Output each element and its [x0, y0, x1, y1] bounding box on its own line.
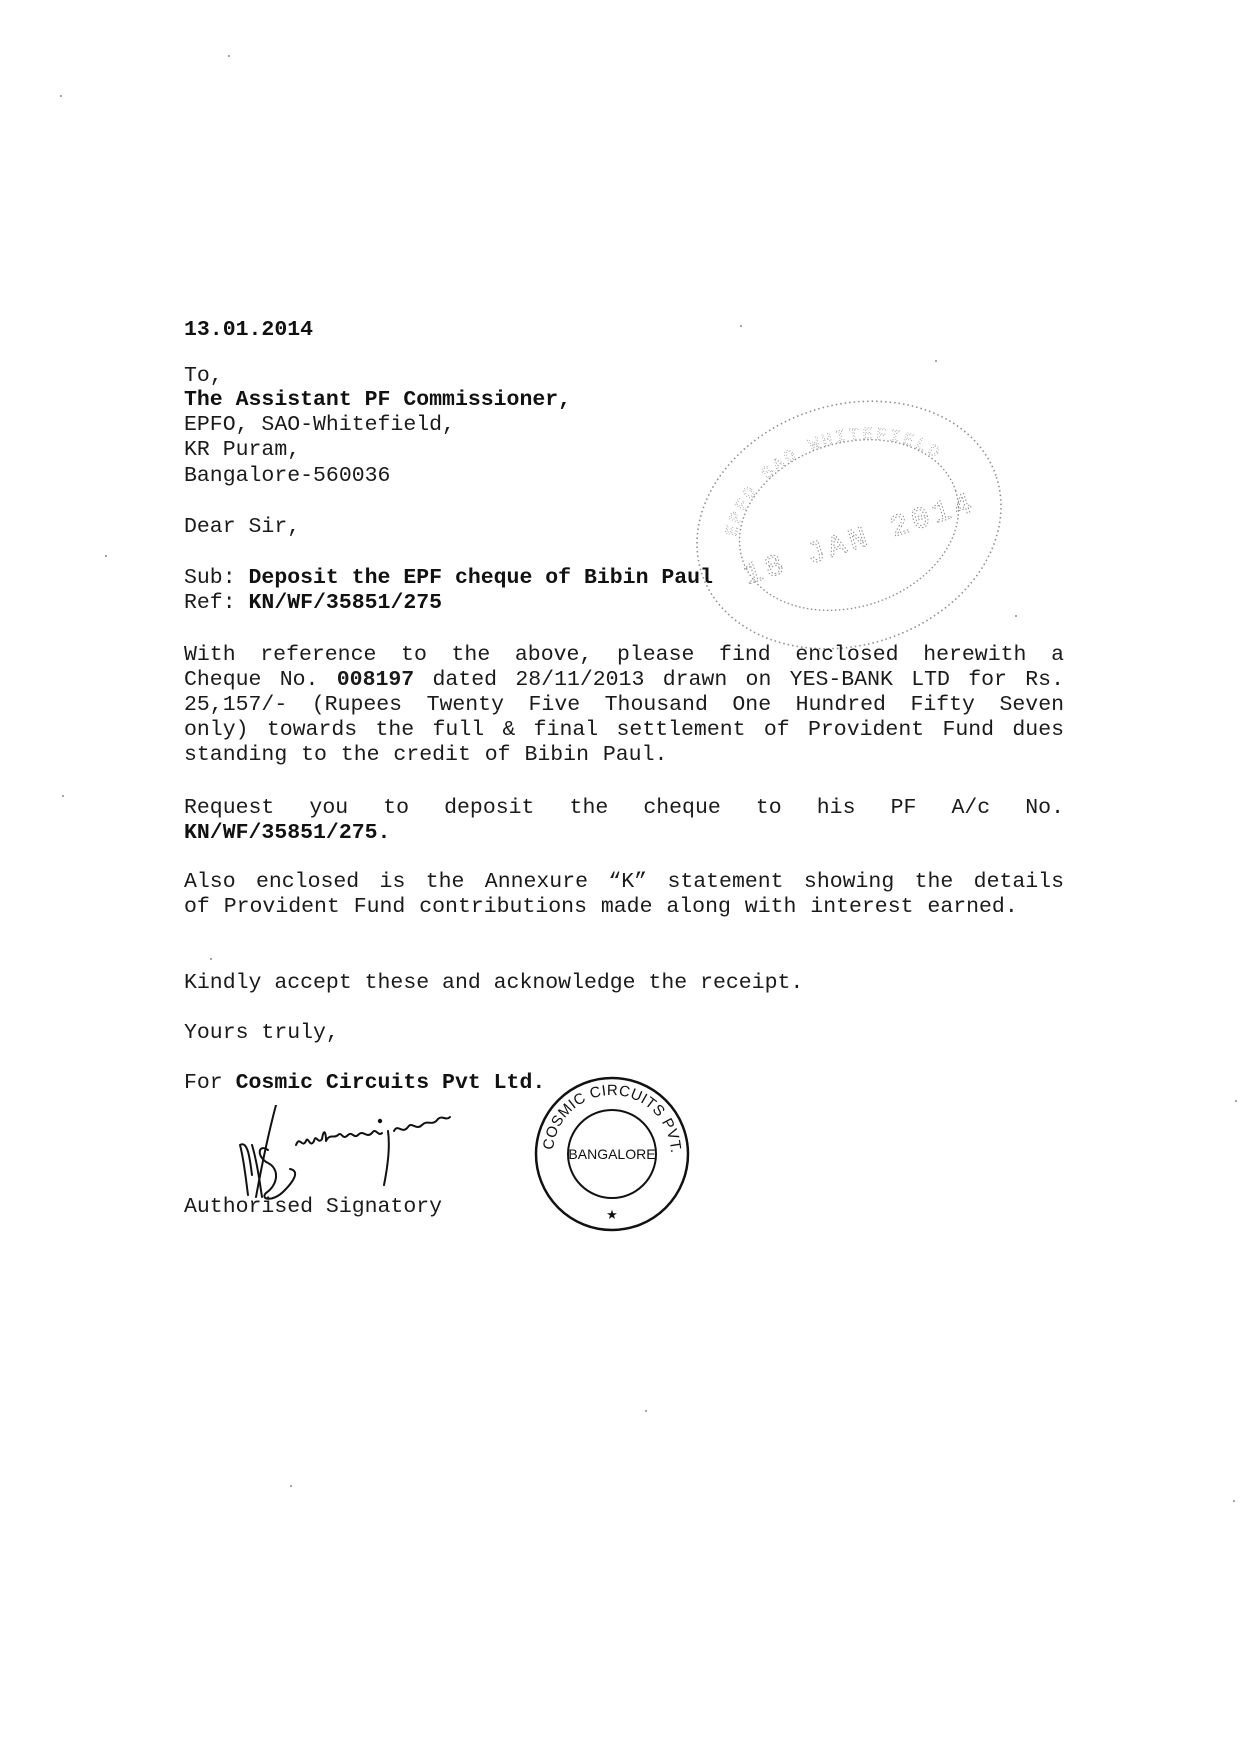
paragraph2-line1: Request you to deposit the cheque to his… — [184, 796, 1064, 821]
salutation: Dear Sir, — [184, 515, 300, 540]
scan-speck — [105, 555, 107, 557]
signature — [238, 1105, 453, 1205]
subject-label: Sub: — [184, 566, 236, 590]
paragraph3-line2: of Provident Fund contributions made alo… — [184, 895, 1064, 920]
scan-speck — [62, 795, 64, 797]
reference-value: KN/WF/35851/275 — [249, 591, 443, 615]
paragraph1-line2: Cheque No. 008197 dated 28/11/2013 drawn… — [184, 668, 1064, 693]
scan-speck — [228, 55, 230, 57]
signatory-label: Authorised Signatory — [184, 1195, 442, 1220]
scan-speck — [645, 1410, 647, 1412]
company-name: Cosmic Circuits Pvt Ltd. — [236, 1071, 546, 1095]
scan-speck — [290, 1485, 292, 1487]
letter-page: 13.01.2014 To, The Assistant PF Commissi… — [0, 0, 1240, 1752]
seal-star-icon: ★ — [606, 1208, 618, 1223]
recipient-address-line1: EPFO, SAO-Whitefield, — [184, 413, 455, 438]
account-number: KN/WF/35851/275. — [184, 821, 1064, 846]
subject-value: Deposit the EPF cheque of Bibin Paul — [249, 566, 713, 590]
scan-speck — [935, 360, 937, 362]
scan-speck — [210, 958, 212, 960]
reference-line: Ref: KN/WF/35851/275 — [184, 591, 442, 616]
cheque-number: 008197 — [337, 668, 414, 692]
closing: Yours truly, — [184, 1021, 339, 1046]
letter-date: 13.01.2014 — [184, 318, 313, 343]
scan-speck — [1015, 615, 1017, 617]
reference-label: Ref: — [184, 591, 236, 615]
seal-center-text: BANGALORE — [568, 1146, 655, 1162]
acknowledge-request: Kindly accept these and acknowledge the … — [184, 971, 803, 996]
cheque-label: Cheque No. — [184, 668, 337, 692]
svg-text:COSMIC CIRCUITS PVT. LTD.: COSMIC CIRCUITS PVT. LTD. — [533, 1075, 684, 1154]
paragraph1-line3: 25,157/- (Rupees Twenty Five Thousand On… — [184, 693, 1064, 718]
recipient-address-line2: KR Puram, — [184, 438, 300, 463]
paragraph-deposit-request: Request you to deposit the cheque to his… — [184, 796, 1064, 846]
paragraph-annexure: Also enclosed is the Annexure “K” statem… — [184, 870, 1064, 920]
paragraph-cheque-details: With reference to the above, please find… — [184, 643, 1064, 768]
paragraph1-line4: only) towards the full & final settlemen… — [184, 718, 1064, 743]
paragraph3-line1: Also enclosed is the Annexure “K” statem… — [184, 870, 1064, 895]
seal-ring-text: COSMIC CIRCUITS PVT. LTD. — [533, 1075, 684, 1154]
subject-line: Sub: Deposit the EPF cheque of Bibin Pau… — [184, 566, 713, 591]
company-seal: COSMIC CIRCUITS PVT. LTD. BANGALORE ★ — [533, 1075, 691, 1233]
scan-speck — [740, 325, 742, 327]
stamp-date: 18 JAN 2014 — [740, 487, 981, 594]
scan-speck — [1233, 1500, 1235, 1502]
recipient-title: The Assistant PF Commissioner, — [184, 388, 571, 413]
recipient-address-line3: Bangalore-560036 — [184, 464, 390, 489]
paragraph1-line5: standing to the credit of Bibin Paul. — [184, 743, 1064, 768]
scan-speck — [60, 95, 62, 97]
paragraph1-line1: With reference to the above, please find… — [184, 643, 1064, 668]
for-label: For — [184, 1071, 236, 1095]
scan-speck — [1235, 1100, 1237, 1102]
company-line: For Cosmic Circuits Pvt Ltd. — [184, 1071, 545, 1096]
to-label: To, — [184, 364, 223, 389]
